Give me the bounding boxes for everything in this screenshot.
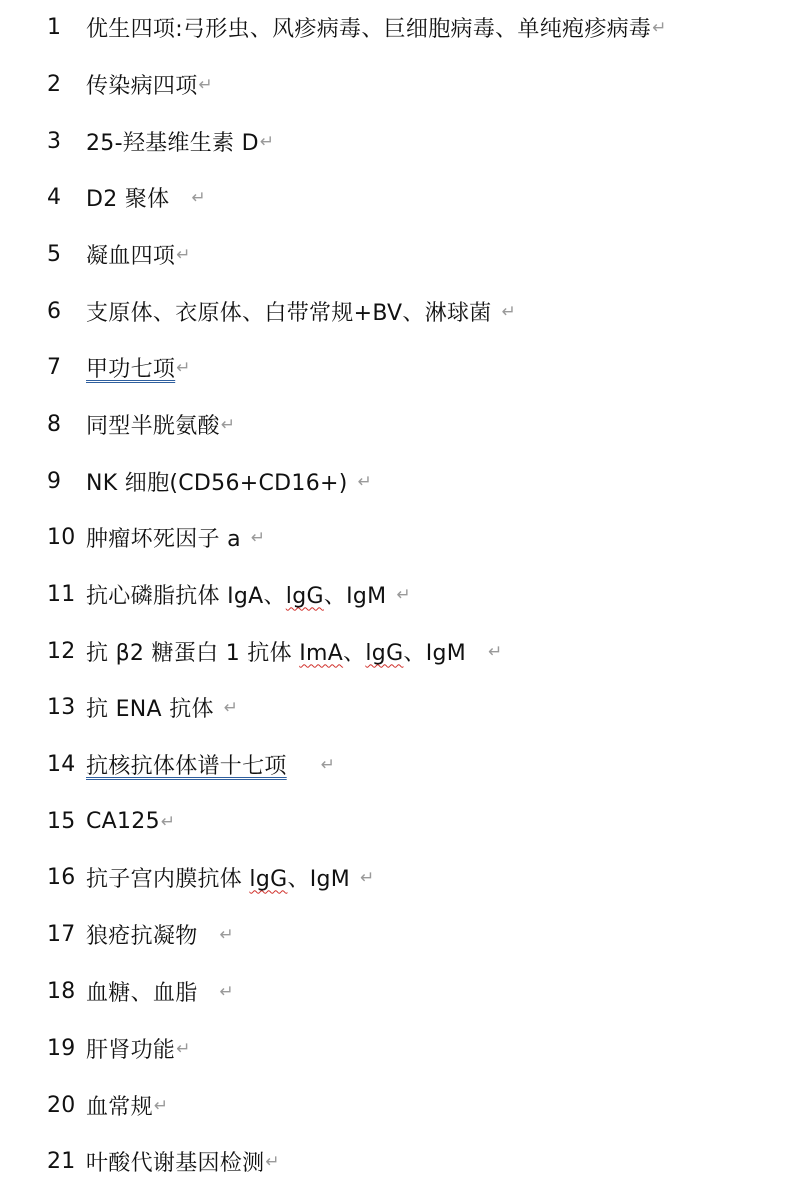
item-number: 3	[47, 129, 86, 154]
list-item[interactable]: 10 肿瘤坏死因子 a ↵	[47, 520, 265, 554]
document-page[interactable]: 1 优生四项:弓形虫、风疹病毒、巨细胞病毒、单纯疱疹病毒 ↵ 2 传染病四项 ↵…	[0, 0, 812, 1204]
item-text[interactable]: NK 细胞(CD56+CD16+)	[86, 466, 348, 497]
item-text[interactable]: 肝肾功能	[86, 1033, 175, 1064]
list-item[interactable]: 20 血常规 ↵	[47, 1088, 168, 1122]
list-item[interactable]: 6 支原体、衣原体、白带常规+BV、淋球菌 ↵	[47, 294, 516, 328]
text-segment: 、IgM	[287, 867, 350, 892]
list-item[interactable]: 7 甲功七项 ↵	[47, 350, 191, 384]
text-segment: 、	[343, 641, 365, 666]
item-number: 4	[47, 185, 86, 210]
item-number: 14	[47, 752, 86, 777]
item-number: 20	[47, 1093, 86, 1118]
list-item[interactable]: 3 25-羟基维生素 D ↵	[47, 124, 274, 158]
item-number: 5	[47, 242, 86, 267]
item-number: 16	[47, 865, 86, 890]
item-number: 10	[47, 525, 86, 550]
item-number: 12	[47, 639, 86, 664]
paragraph-mark-icon: ↵	[176, 245, 191, 265]
item-text[interactable]: 优生四项:弓形虫、风疹病毒、巨细胞病毒、单纯疱疹病毒	[86, 12, 651, 43]
paragraph-mark-icon: ↵	[221, 415, 236, 435]
list-item[interactable]: 17 狼疮抗凝物 ↵	[47, 917, 234, 951]
list-item[interactable]: 11 抗心磷脂抗体 IgA、lgG、IgM ↵	[47, 577, 411, 611]
list-item[interactable]: 16 抗子宫内膜抗体 lgG、IgM ↵	[47, 860, 375, 894]
item-number: 15	[47, 809, 86, 834]
item-number: 8	[47, 412, 86, 437]
paragraph-mark-icon: ↵	[396, 585, 411, 605]
paragraph-mark-icon: ↵	[265, 1152, 280, 1172]
paragraph-mark-icon: ↵	[220, 925, 235, 945]
item-number: 6	[47, 299, 86, 324]
list-item[interactable]: 4 D2 聚体 ↵	[47, 180, 206, 214]
spellcheck-flagged-word[interactable]: ImA	[299, 641, 343, 666]
item-text[interactable]: 血常规	[86, 1090, 153, 1121]
text-segment: 抗 β2 糖蛋白 1 抗体	[86, 641, 299, 666]
item-text[interactable]: 抗子宫内膜抗体 lgG、IgM	[86, 862, 350, 893]
item-number: 13	[47, 695, 86, 720]
item-number: 21	[47, 1149, 86, 1174]
paragraph-mark-icon: ↵	[161, 812, 176, 832]
spellcheck-flagged-word[interactable]: lgG	[365, 641, 403, 666]
text-segment: 抗心磷脂抗体 IgA、	[86, 584, 286, 609]
item-number: 18	[47, 979, 86, 1004]
item-number: 7	[47, 355, 86, 380]
paragraph-mark-icon: ↵	[176, 1039, 191, 1059]
list-item[interactable]: 18 血糖、血脂 ↵	[47, 974, 234, 1008]
spellcheck-flagged-word[interactable]: lgG	[286, 584, 324, 609]
item-text[interactable]: 25-羟基维生素 D	[86, 126, 259, 157]
paragraph-mark-icon: ↵	[154, 1096, 169, 1116]
item-text[interactable]: D2 聚体	[86, 182, 169, 213]
paragraph-mark-icon: ↵	[199, 75, 214, 95]
text-segment: 抗子宫内膜抗体	[86, 867, 249, 892]
spellcheck-flagged-word[interactable]: lgG	[249, 867, 287, 892]
paragraph-mark-icon: ↵	[358, 472, 373, 492]
text-segment: 、IgM	[324, 584, 387, 609]
item-number: 19	[47, 1036, 86, 1061]
item-text[interactable]: 狼疮抗凝物	[86, 919, 198, 950]
paragraph-mark-icon: ↵	[502, 302, 517, 322]
list-item[interactable]: 19 肝肾功能 ↵	[47, 1031, 191, 1065]
item-number: 9	[47, 469, 86, 494]
item-text[interactable]: 传染病四项	[86, 69, 198, 100]
list-item[interactable]: 13 抗 ENA 抗体 ↵	[47, 690, 238, 724]
text-segment: 、IgM	[403, 641, 466, 666]
list-item[interactable]: 5 凝血四项 ↵	[47, 237, 191, 271]
paragraph-mark-icon: ↵	[220, 982, 235, 1002]
list-item[interactable]: 9 NK 细胞(CD56+CD16+) ↵	[47, 464, 372, 498]
list-item[interactable]: 15 CA125 ↵	[47, 804, 175, 838]
paragraph-mark-icon: ↵	[191, 188, 206, 208]
paragraph-mark-icon: ↵	[321, 755, 336, 775]
item-text[interactable]: 血糖、血脂	[86, 976, 198, 1007]
item-text[interactable]: 叶酸代谢基因检测	[86, 1146, 264, 1177]
list-item[interactable]: 21 叶酸代谢基因检测 ↵	[47, 1144, 280, 1178]
item-number: 17	[47, 922, 86, 947]
paragraph-mark-icon: ↵	[260, 132, 275, 152]
list-item[interactable]: 2 传染病四项 ↵	[47, 67, 213, 101]
item-text[interactable]: 抗 ENA 抗体	[86, 692, 214, 723]
list-item[interactable]: 12 抗 β2 糖蛋白 1 抗体 ImA、lgG、IgM ↵	[47, 634, 503, 668]
list-item[interactable]: 8 同型半胱氨酸 ↵	[47, 407, 235, 441]
item-number: 1	[47, 15, 86, 40]
paragraph-mark-icon: ↵	[251, 528, 266, 548]
paragraph-mark-icon: ↵	[224, 698, 239, 718]
paragraph-mark-icon: ↵	[360, 868, 375, 888]
item-number: 2	[47, 72, 86, 97]
item-text[interactable]: 抗 β2 糖蛋白 1 抗体 ImA、lgG、IgM	[86, 636, 466, 667]
item-text[interactable]: 支原体、衣原体、白带常规+BV、淋球菌	[86, 296, 492, 327]
paragraph-mark-icon: ↵	[488, 642, 503, 662]
item-text[interactable]: 凝血四项	[86, 239, 175, 270]
list-item[interactable]: 1 优生四项:弓形虫、风疹病毒、巨细胞病毒、单纯疱疹病毒 ↵	[47, 10, 667, 44]
item-text[interactable]: 肿瘤坏死因子 a	[86, 522, 241, 553]
item-number: 11	[47, 582, 86, 607]
item-text[interactable]: 同型半胱氨酸	[86, 409, 220, 440]
paragraph-mark-icon: ↵	[176, 358, 191, 378]
item-text-grammar-flagged[interactable]: 抗核抗体体谱十七项	[86, 749, 287, 780]
list-item[interactable]: 14 抗核抗体体谱十七项 ↵	[47, 747, 335, 781]
item-text-grammar-flagged[interactable]: 甲功七项	[86, 352, 175, 383]
item-text[interactable]: 抗心磷脂抗体 IgA、lgG、IgM	[86, 579, 386, 610]
paragraph-mark-icon: ↵	[652, 18, 667, 38]
item-text[interactable]: CA125	[86, 809, 160, 834]
